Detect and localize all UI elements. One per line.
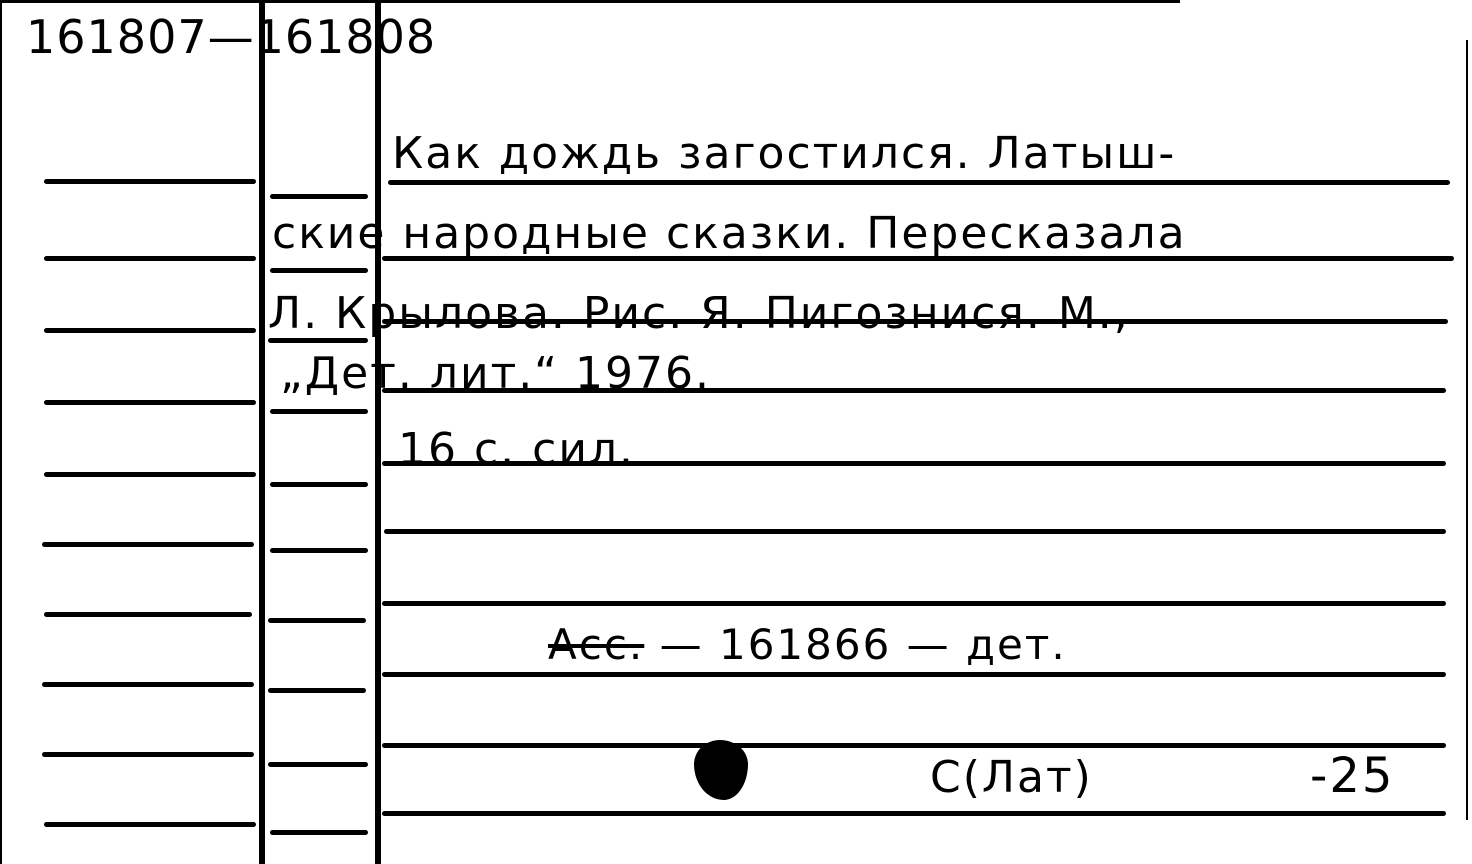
accession-note: Асс. — 161866 — дет. <box>548 620 1067 669</box>
entry-line-5: 16 с. сил. <box>398 424 635 475</box>
rule-right-10 <box>382 811 1446 816</box>
catalog-card: 161807—161808 Как дождь загостился. Латы… <box>0 0 1472 864</box>
rule-mid-1 <box>270 194 368 199</box>
card-left-edge <box>0 0 2 864</box>
entry-line-1: Как дождь загостился. Латыш- <box>392 128 1176 179</box>
rule-left-9 <box>42 752 254 757</box>
column-divider-right <box>375 0 381 864</box>
rule-left-3 <box>44 328 256 333</box>
rule-left-7 <box>44 612 252 617</box>
struck-text: Асс. <box>548 620 644 669</box>
shelf-number: -25 <box>1310 748 1394 804</box>
rule-right-7 <box>382 601 1446 606</box>
rule-mid-6 <box>270 548 368 553</box>
rule-mid-7 <box>268 618 366 623</box>
note-text: — 161866 — дет. <box>644 620 1066 669</box>
rule-left-6 <box>42 542 254 547</box>
rule-left-2 <box>44 256 256 261</box>
rule-mid-5 <box>270 482 368 487</box>
inventory-numbers: 161807—161808 <box>26 10 436 64</box>
column-divider-left <box>259 0 265 864</box>
rule-left-5 <box>44 472 256 477</box>
entry-line-3: Л. Крылова. Рис. Я. Пигознися. М., <box>268 288 1130 339</box>
rule-left-4 <box>44 400 256 405</box>
rule-mid-2 <box>270 268 368 273</box>
rule-right-9 <box>382 743 1446 748</box>
rule-right-1 <box>388 180 1450 185</box>
rule-left-8 <box>42 682 254 687</box>
classification-code: С(Лат) <box>930 752 1093 803</box>
rule-left-1 <box>44 179 256 184</box>
rule-mid-4 <box>270 409 368 414</box>
rule-mid-10 <box>270 830 368 835</box>
rule-left-10 <box>44 822 256 827</box>
rule-right-6 <box>384 529 1446 534</box>
rule-mid-9 <box>268 762 368 767</box>
rule-right-8 <box>382 672 1446 677</box>
rule-mid-8 <box>268 688 366 693</box>
ink-blot <box>694 740 748 800</box>
entry-line-4: „Дет. лит.“ 1976. <box>280 348 711 399</box>
card-top-edge <box>0 0 1180 3</box>
card-right-edge <box>1466 40 1468 820</box>
entry-line-2: ские народные сказки. Пересказала <box>272 208 1187 259</box>
